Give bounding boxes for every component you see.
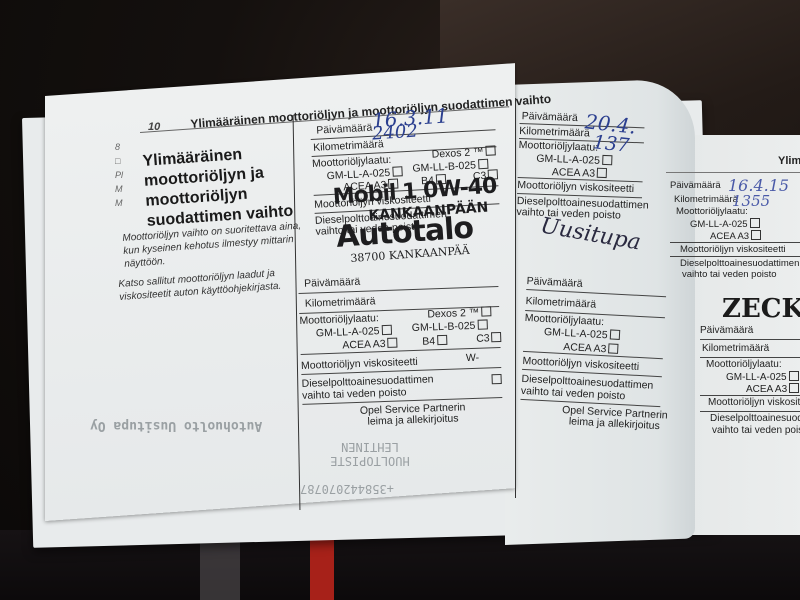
- handwritten-mileage: 2402: [371, 120, 418, 144]
- section-title: Ylimääräinen moottoriöljyn ja moottoriöl…: [142, 139, 327, 231]
- margin-marks: 8□PlMM: [115, 140, 123, 210]
- gm-ll-a-checkbox[interactable]: [381, 325, 391, 335]
- faded-stamp-phone: +358442070787: [300, 482, 394, 496]
- acea-a3-checkbox[interactable]: [608, 343, 619, 354]
- gm-ll-a-checkbox[interactable]: [392, 166, 403, 177]
- diesel-filter-checkbox[interactable]: [491, 374, 501, 384]
- dexos2-checkbox[interactable]: [485, 145, 496, 156]
- seat-trim: [200, 540, 240, 600]
- gm-ll-a-checkbox[interactable]: [750, 218, 760, 228]
- faded-stamp-uusitupa: Autohuolto Uusitupa Oy: [90, 418, 262, 433]
- c3-checkbox[interactable]: [491, 332, 501, 342]
- dexos2-checkbox[interactable]: [481, 306, 491, 316]
- b4-checkbox[interactable]: [437, 335, 447, 345]
- zeck-stamp: ZECK: [722, 294, 800, 324]
- right-page-header: Ylim: [778, 155, 800, 167]
- column-divider: [515, 98, 516, 498]
- gm-ll-a-checkbox[interactable]: [602, 155, 612, 165]
- gm-ll-b-checkbox[interactable]: [477, 319, 487, 329]
- seatbelt-red: [310, 540, 334, 600]
- acea-a3-checkbox[interactable]: [387, 338, 397, 348]
- handwritten-mileage: 1355: [732, 192, 770, 210]
- acea-a3-checkbox[interactable]: [751, 230, 761, 240]
- faded-stamp-lehtinen: HUOLTOPISTE LEHTINEN: [310, 440, 430, 468]
- gm-ll-a-checkbox[interactable]: [789, 371, 799, 381]
- acea-a3-checkbox[interactable]: [597, 168, 607, 178]
- partner-stamp-label: Opel Service Partnerinleima ja allekirjo…: [353, 402, 474, 428]
- gm-ll-b-checkbox[interactable]: [478, 159, 489, 170]
- handwritten-mileage: 137: [592, 131, 630, 157]
- gm-ll-a-checkbox[interactable]: [609, 329, 620, 340]
- acea-a3-checkbox[interactable]: [789, 383, 799, 393]
